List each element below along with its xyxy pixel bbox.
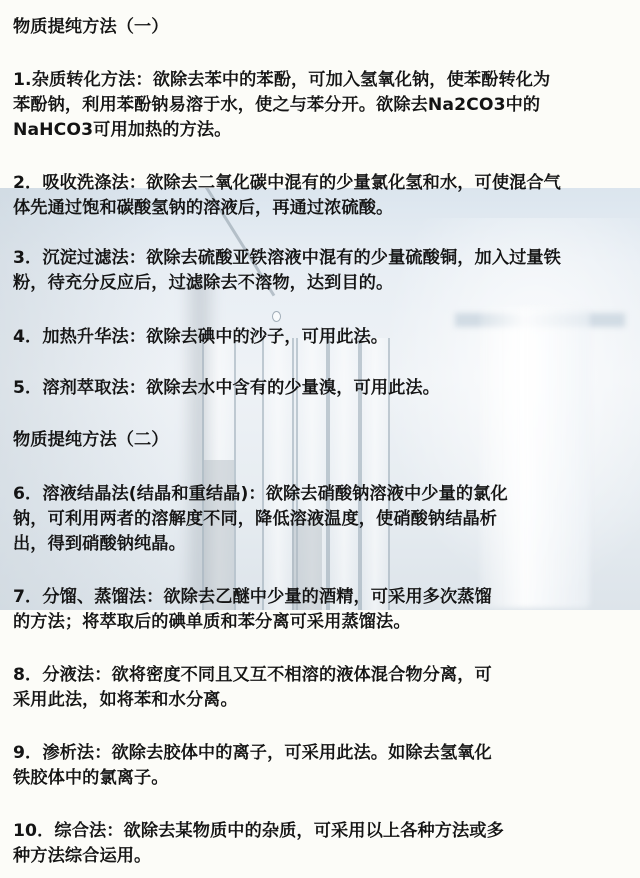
item-line: 6．溶液结晶法(结晶和重结晶)：欲除去硝酸钠溶液中少量的氯化 [13, 482, 508, 506]
item-line: 9．渗析法：欲除去胶体中的离子，可采用此法。如除去氢氧化 [13, 741, 492, 765]
item-line: 体先通过饱和碳酸氢钠的溶液后，再通过浓硫酸。 [13, 196, 393, 220]
item-line: 的方法；将萃取后的碘单质和苯分离可采用蒸馏法。 [13, 610, 411, 634]
item-line: 1.杂质转化方法：欲除去苯中的苯酚，可加入氢氧化钠，使苯酚转化为 [13, 68, 550, 92]
item-line: 7．分馏、蒸馏法：欲除去乙醚中少量的酒精，可采用多次蒸馏 [13, 585, 492, 609]
item-line: 5．溶剂萃取法：欲除去水中含有的少量溴，可用此法。 [13, 376, 440, 400]
section-heading-1: 物质提纯方法（一） [13, 15, 169, 39]
item-line: 粉，待充分反应后，过滤除去不溶物，达到目的。 [13, 271, 393, 295]
item-line: 苯酚钠，利用苯酚钠易溶于水，使之与苯分开。欲除去Na2CO3中的 [13, 93, 540, 117]
item-line: 铁胶体中的氯离子。 [13, 766, 169, 790]
item-line: 3．沉淀过滤法：欲除去硫酸亚铁溶液中混有的少量硫酸铜，加入过量铁 [13, 246, 561, 270]
item-line: 钠，可利用两者的溶解度不同，降低溶液温度，使硝酸钠结晶析 [13, 507, 497, 531]
item-line: 种方法综合运用。 [13, 844, 151, 868]
droplet-icon [272, 311, 281, 322]
item-line: 4．加热升华法：欲除去碘中的沙子，可用此法。 [13, 325, 388, 349]
item-line: 采用此法，如将苯和水分离。 [13, 688, 238, 712]
item-line: NaHCO3可用加热的方法。 [13, 118, 231, 142]
item-line: 10．综合法：欲除去某物质中的杂质，可采用以上各种方法或多 [13, 819, 504, 843]
flask-shape [480, 308, 590, 608]
item-line: 8．分液法：欲将密度不同且又互不相溶的液体混合物分离，可 [13, 663, 492, 687]
section-heading-2: 物质提纯方法（二） [13, 428, 169, 452]
item-line: 出，得到硝酸钠纯晶。 [13, 532, 186, 556]
item-line: 2．吸收洗涤法：欲除去二氧化碳中混有的少量氯化氢和水，可使混合气 [13, 171, 561, 195]
